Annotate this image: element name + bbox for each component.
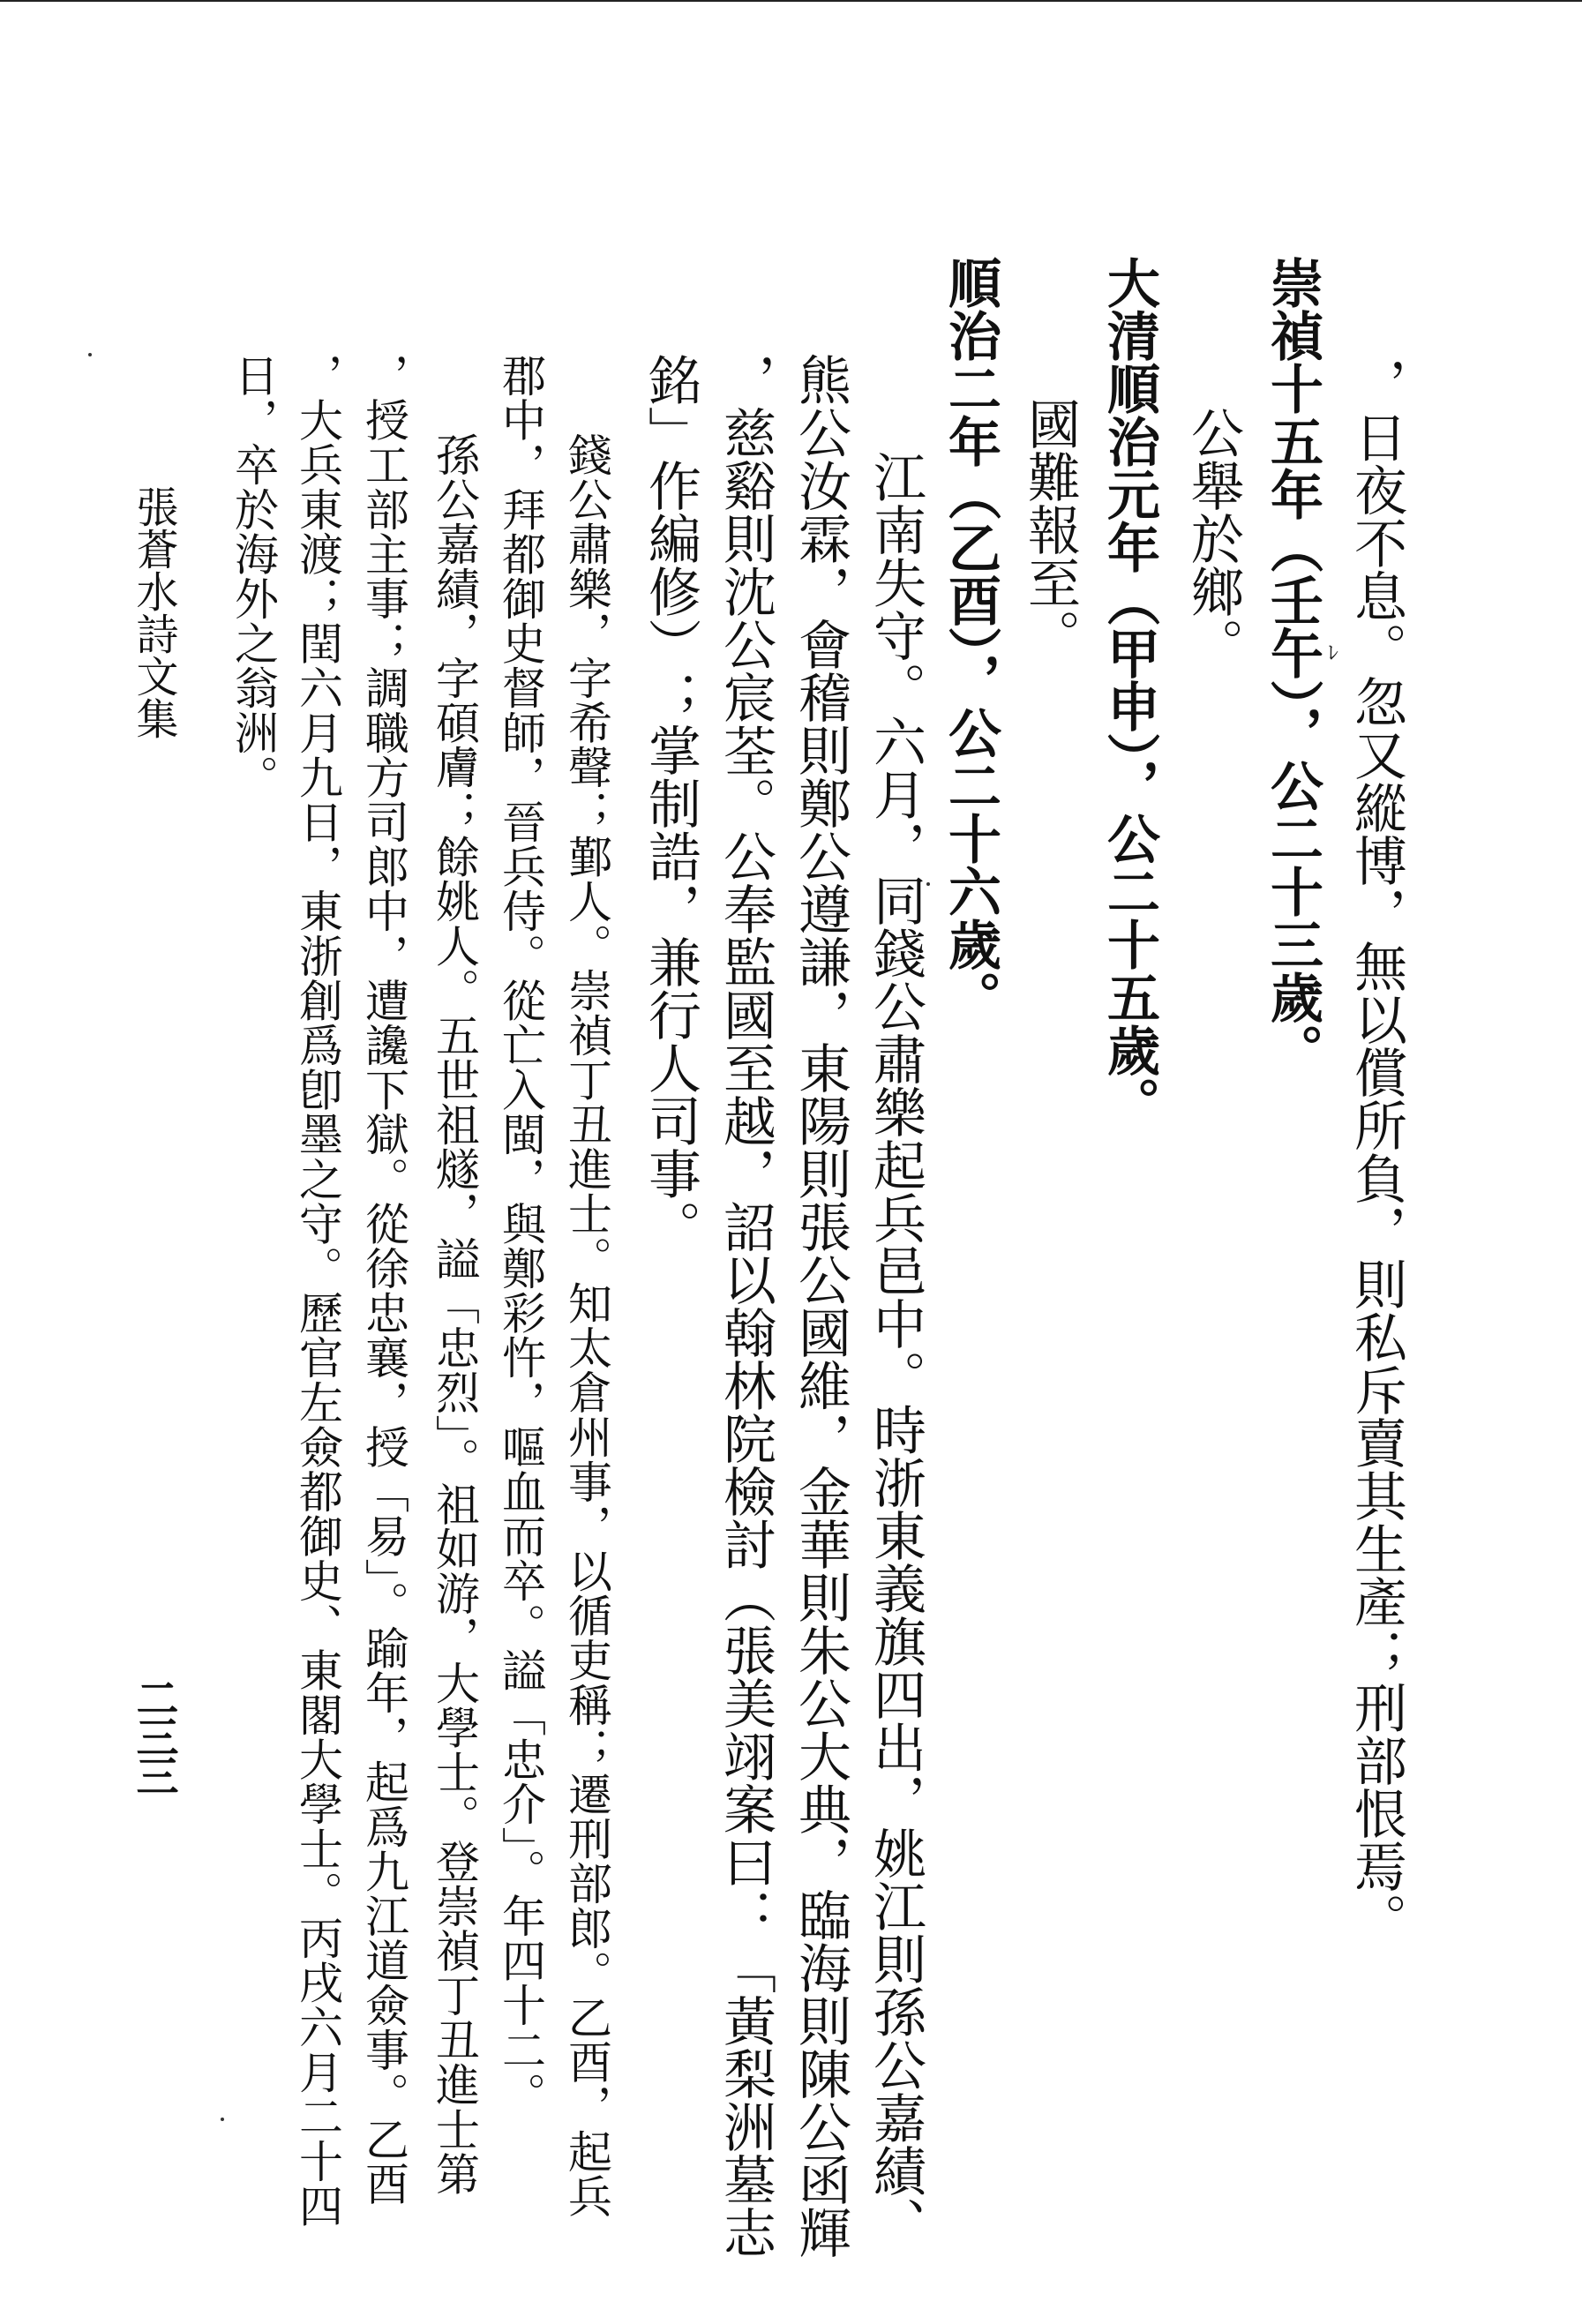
note-column-4: ，授工部主事；調職方司郎中，遭讒下獄。從徐忠襄，授「易」。踰年，起爲九江道僉事。… [362,353,406,2206]
year-heading-shunzhi-2: 順治二年（乙酉），公二十六歲。 [944,256,997,1023]
handwritten-mark: ﾚ [1328,635,1338,666]
text-column-9: ，慈谿則沈公宸荃。公奉監國至越，詔以翰林院檢討（張美翊案曰：「黃梨洲墓志 [719,353,772,2259]
year-heading-shunzhi-1: 大清順治元年（甲申），公二十五歲。 [1103,256,1156,1129]
book-title: 張蒼水詩文集 [132,485,175,739]
note-column-sun-jiaji: 孫公嘉績，字碩膚；餘姚人。五世祖燧，謚「忠烈」。祖如游，大學士。登崇禎丁丑進士第 [432,432,476,2196]
note-column-6: 日，卒於海外之翁洲。 [231,353,275,799]
note-column-qian-suyue: 錢公肅樂，字希聲；鄞人。崇禎丁丑進士。知太倉州事，以循吏稱；遷刑部郎。乙酉，起兵 [565,432,609,2218]
page-top-edge [0,0,1582,2]
note-column-2: 郡中，拜都御史督師，晉兵侍。從亡入閩，與鄭彩忤，嘔血而卒。謚「忠介」。年四十二。 [499,353,543,2117]
year-heading-chongzhen-15: 崇禎十五年（壬午），公二十三歲。 [1266,256,1319,1076]
text-column-5: 國難報至。 [1023,397,1076,662]
text-column-3: 公舉於鄉。 [1187,406,1240,671]
note-column-5: ，大兵東渡；閏六月九日，東浙創爲卽墨之守。歷官左僉都御史、東閣大學士。丙戌六月二… [296,353,340,2228]
text-column-7: 江南失守。六月，同錢公肅樂起兵邑中。時浙東義旗四出，姚江則孫公嘉績、 [869,450,922,2250]
scan-speck [926,882,930,886]
scan-speck [88,353,92,356]
page-number: 二三三 [132,1676,175,1793]
scan-speck [221,2118,224,2121]
text-column-8: 熊公汝霖，會稽則鄭公遵謙，東陽則張公國維，金華則朱公大典，臨海則陳公函輝 [794,353,847,2259]
text-column-10: 銘」作編修）；掌制誥，兼行人司事。 [644,353,697,1253]
text-column-1: ，日夜不息。忽又縱博，無以償所負，則私斥賣其生產；刑部恨焉。 [1350,357,1403,1945]
